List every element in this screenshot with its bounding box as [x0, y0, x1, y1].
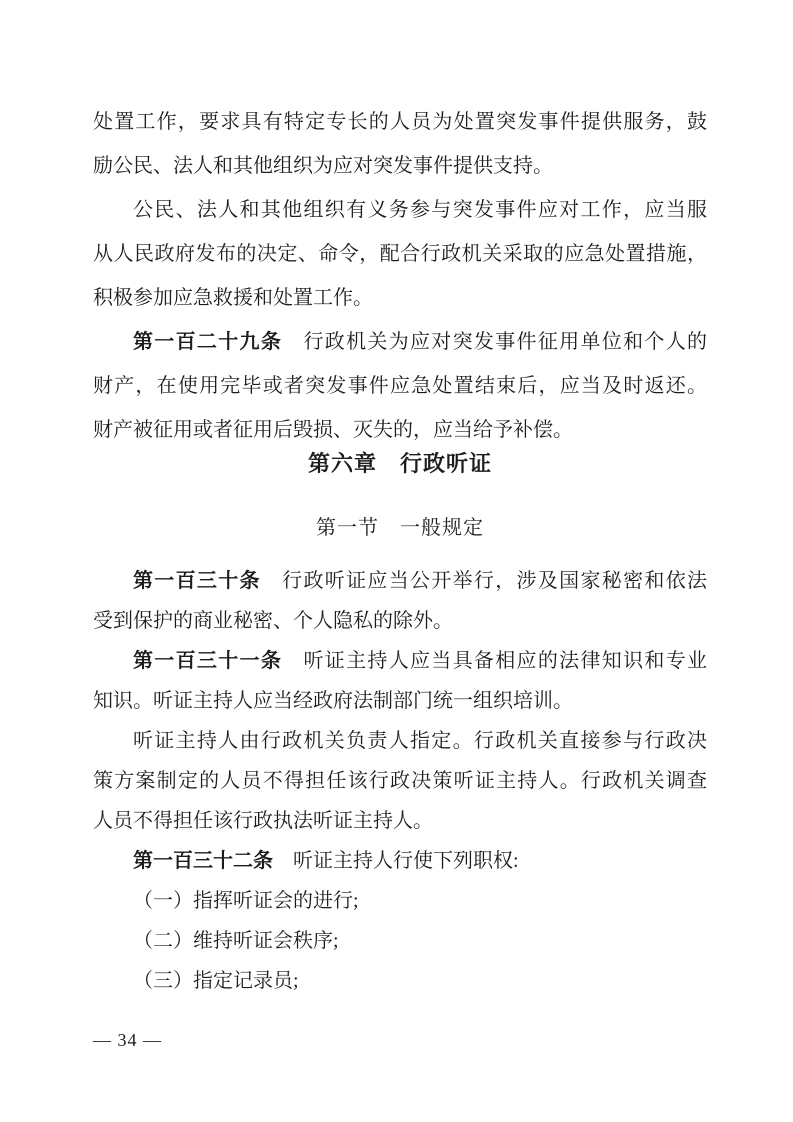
body-line: 励公民、法人和其他组织为应对突发事件提供支持。	[93, 144, 707, 188]
body-line: 第一百三十条 行政听证应当公开举行，涉及国家秘密和依法	[93, 561, 707, 601]
body-line: 第一百三十一条 听证主持人应当具备相应的法律知识和专业	[93, 641, 707, 681]
body-line: 人员不得担任该行政执法听证主持人。	[93, 801, 707, 841]
body-line: 受到保护的商业秘密、个人隐私的除外。	[93, 601, 707, 641]
article-number: 第一百三十二条	[133, 850, 273, 872]
line-text: 积极参加应急救援和处置工作。	[93, 287, 373, 309]
line-text: 行政机关为应对突发事件征用单位和个人的	[282, 331, 707, 353]
body-line: 策方案制定的人员不得担任该行政决策听证主持人。行政机关调查	[93, 761, 707, 801]
line-text: 处置工作，要求具有特定专长的人员为处置突发事件提供服务，鼓	[93, 111, 707, 133]
body-line: 听证主持人由行政机关负责人指定。行政机关直接参与行政决	[93, 721, 707, 761]
line-text: 行政听证应当公开举行，涉及国家秘密和依法	[261, 570, 707, 592]
body-line: 知识。听证主持人应当经政府法制部门统一组织培训。	[93, 681, 707, 721]
line-text: 人员不得担任该行政执法听证主持人。	[93, 810, 433, 832]
line-text: 财产被征用或者征用后毁损、灭失的，应当给予补偿。	[93, 419, 573, 441]
body-line: 处置工作，要求具有特定专长的人员为处置突发事件提供服务，鼓	[93, 100, 707, 144]
line-text: （二）维持听证会秩序;	[133, 930, 339, 952]
line-text: （三）指定记录员;	[133, 970, 299, 992]
article-number: 第一百二十九条	[133, 331, 282, 353]
body-line: 财产，在使用完毕或者突发事件应急处置结束后，应当及时返还。	[93, 364, 707, 408]
article-number: 第一百三十条	[133, 570, 261, 592]
line-text: （一）指挥听证会的进行;	[133, 890, 359, 912]
paragraph-block-top: 处置工作，要求具有特定专长的人员为处置突发事件提供服务，鼓 励公民、法人和其他组…	[93, 100, 707, 452]
line-text: 听证主持人由行政机关负责人指定。行政机关直接参与行政决	[133, 730, 707, 752]
line-text: 听证主持人行使下列职权:	[273, 850, 519, 872]
article-number: 第一百三十一条	[133, 650, 282, 672]
list-item: （二）维持听证会秩序;	[93, 921, 707, 961]
line-text: 策方案制定的人员不得担任该行政决策听证主持人。行政机关调查	[93, 770, 707, 792]
body-line: 第一百二十九条 行政机关为应对突发事件征用单位和个人的	[93, 320, 707, 364]
line-text: 公民、法人和其他组织有义务参与突发事件应对工作，应当服	[133, 199, 707, 221]
document-page: 处置工作，要求具有特定专长的人员为处置突发事件提供服务，鼓 励公民、法人和其他组…	[0, 0, 793, 1122]
body-line: 从人民政府发布的决定、命令，配合行政机关采取的应急处置措施，	[93, 232, 707, 276]
line-text: 励公民、法人和其他组织为应对突发事件提供支持。	[93, 155, 553, 177]
body-line: 公民、法人和其他组织有义务参与突发事件应对工作，应当服	[93, 188, 707, 232]
page-number: — 34 —	[93, 1028, 162, 1052]
line-text: 受到保护的商业秘密、个人隐私的除外。	[93, 610, 453, 632]
body-line: 积极参加应急救援和处置工作。	[93, 276, 707, 320]
paragraph-block-bottom: 第一百三十条 行政听证应当公开举行，涉及国家秘密和依法 受到保护的商业秘密、个人…	[93, 561, 707, 1001]
line-text: 财产，在使用完毕或者突发事件应急处置结束后，应当及时返还。	[93, 375, 707, 397]
body-line: 第一百三十二条 听证主持人行使下列职权:	[93, 841, 707, 881]
line-text: 知识。听证主持人应当经政府法制部门统一组织培训。	[93, 690, 573, 712]
line-text: 从人民政府发布的决定、命令，配合行政机关采取的应急处置措施，	[93, 243, 707, 265]
document-text: 处置工作，要求具有特定专长的人员为处置突发事件提供服务，鼓 励公民、法人和其他组…	[93, 100, 707, 1001]
list-item: （三）指定记录员;	[93, 961, 707, 1001]
section-heading: 第一节 一般规定	[93, 506, 707, 550]
list-item: （一）指挥听证会的进行;	[93, 881, 707, 921]
line-text: 听证主持人应当具备相应的法律知识和专业	[282, 650, 707, 672]
